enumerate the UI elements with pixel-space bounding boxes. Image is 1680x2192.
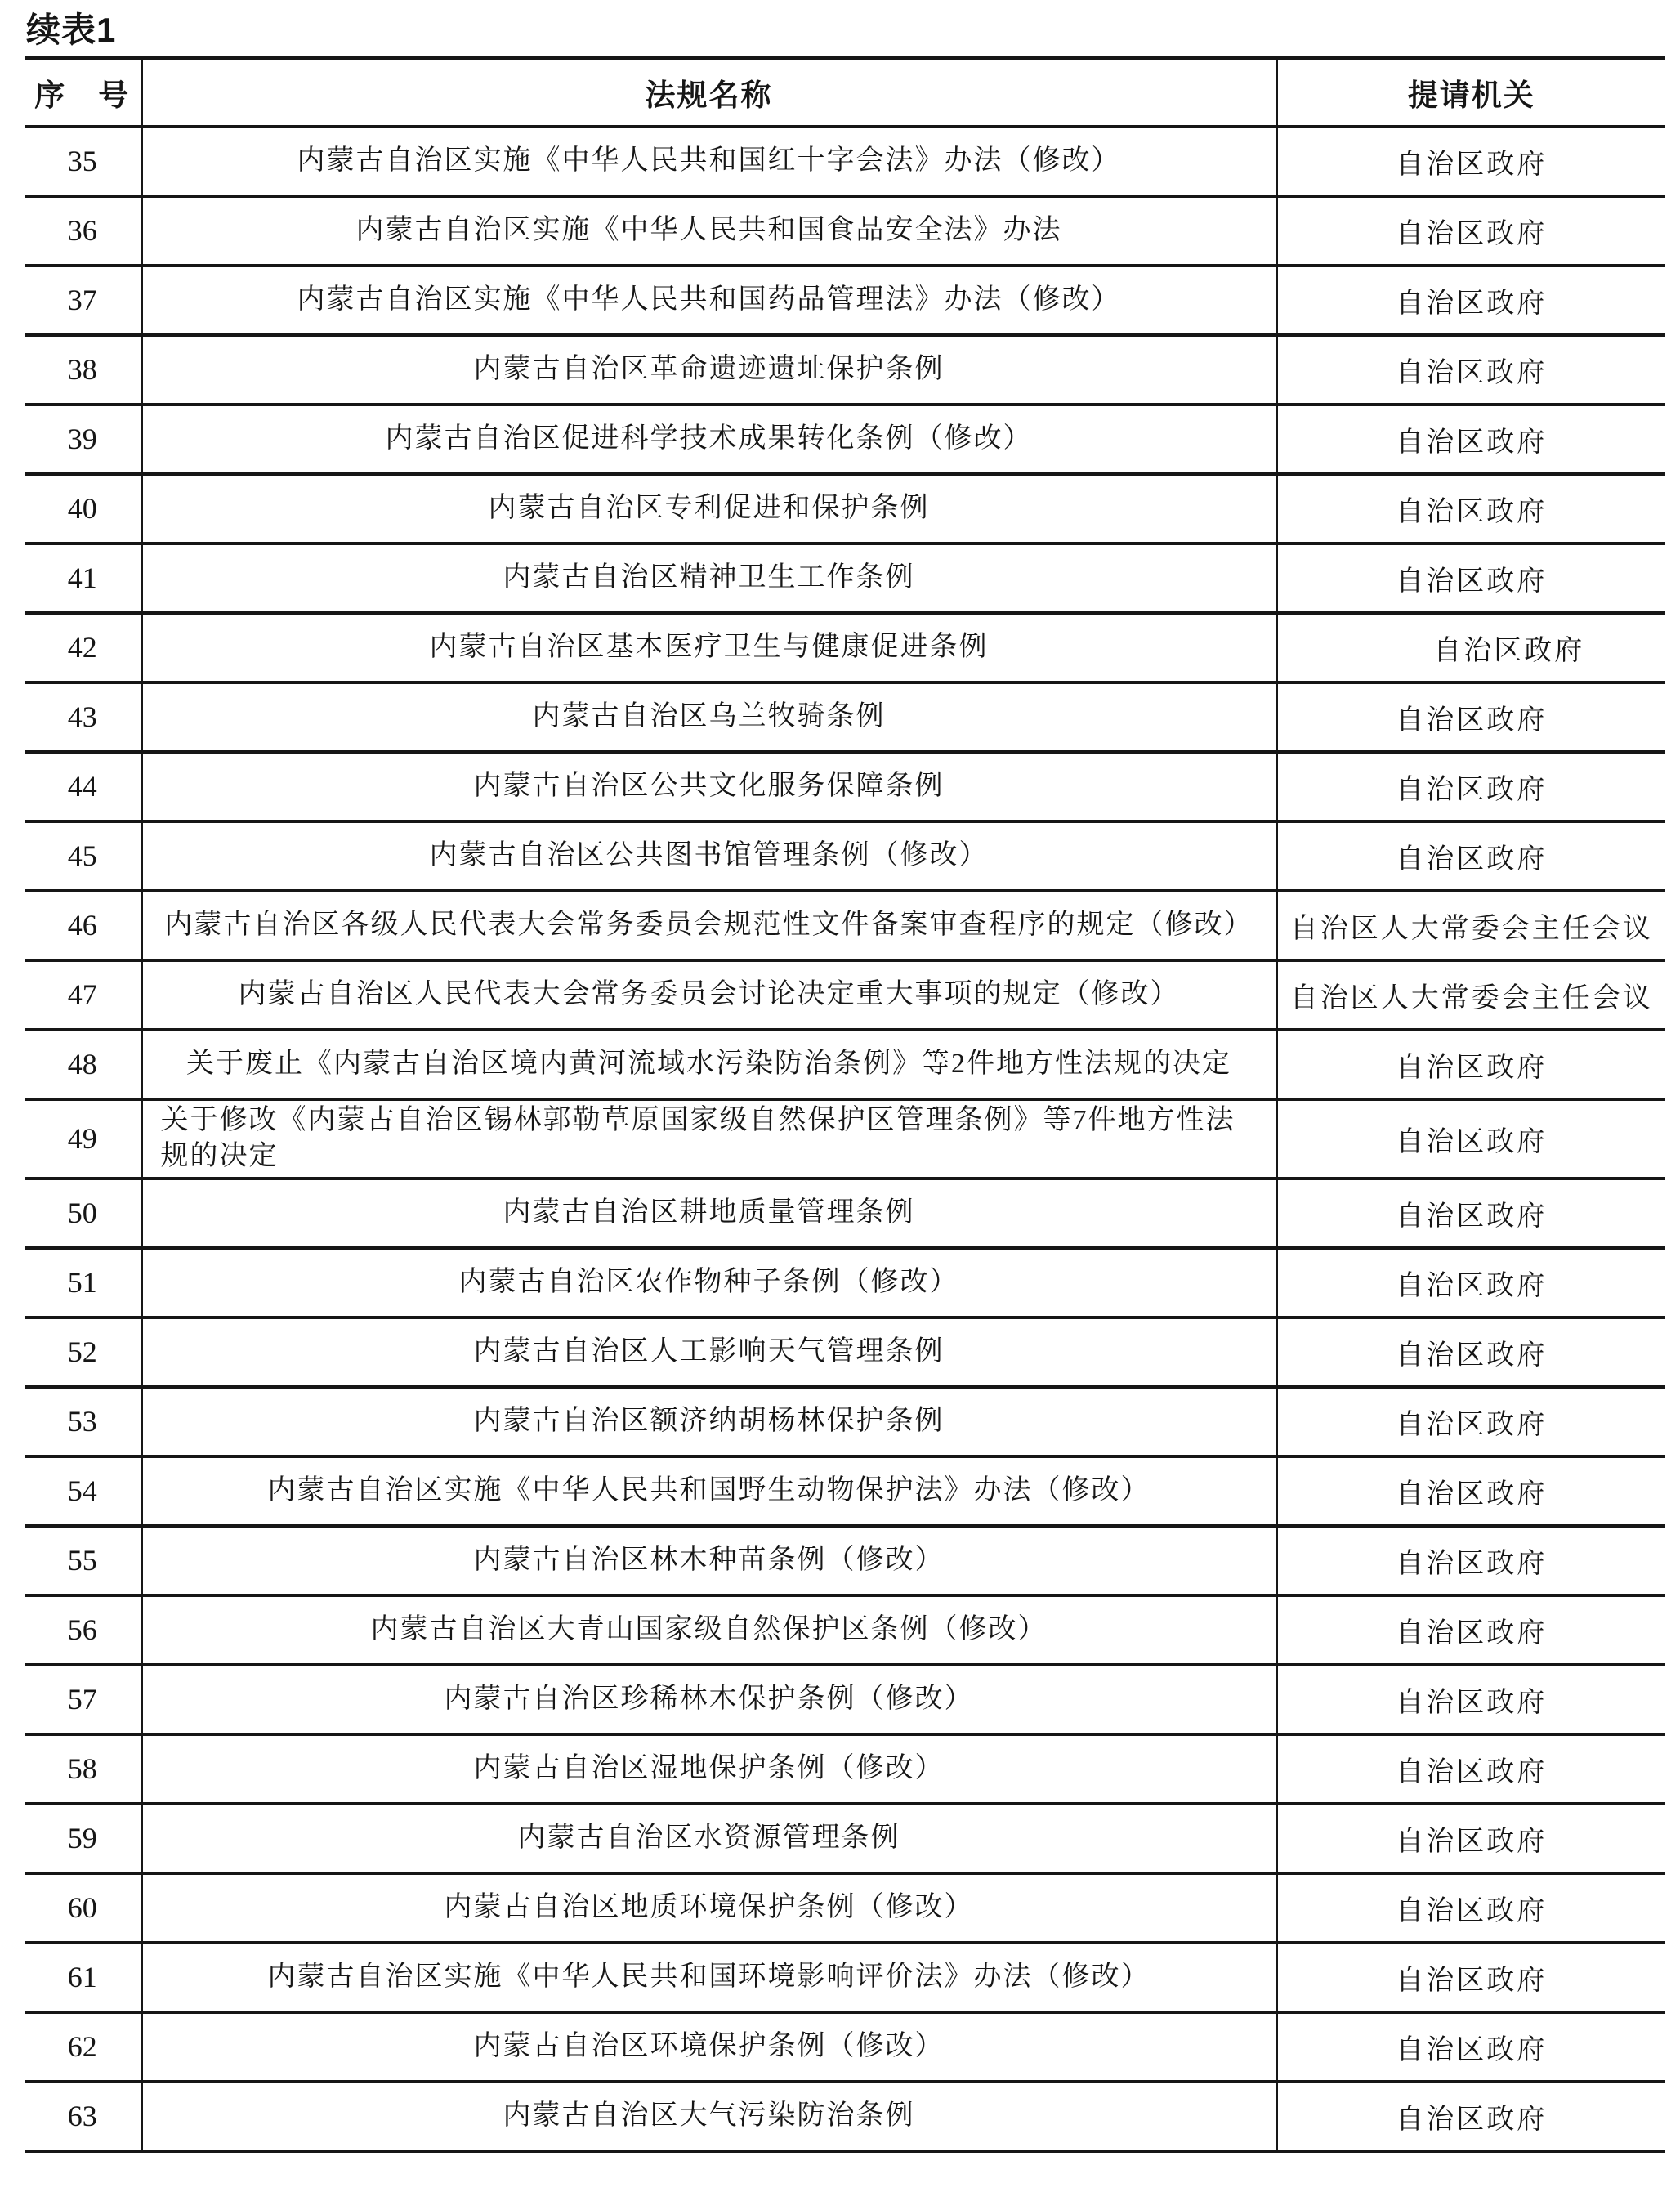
row-submitting-agency: 自治区政府 [1276, 474, 1665, 544]
row-submitting-agency: 自治区政府 [1276, 1943, 1665, 2012]
row-serial-number: 50 [25, 1179, 141, 1248]
page-title: 续表1 [26, 3, 116, 52]
row-regulation-name: 内蒙古自治区珍稀林木保护条例（修改） [141, 1665, 1276, 1734]
row-serial-number: 46 [25, 891, 141, 960]
row-submitting-agency: 自治区政府 [1276, 682, 1665, 752]
table-header: 序 号 法规名称 提请机关 [25, 58, 1665, 127]
row-serial-number: 52 [25, 1317, 141, 1387]
row-serial-number: 55 [25, 1526, 141, 1595]
row-serial-number: 48 [25, 1030, 141, 1099]
row-regulation-name: 内蒙古自治区农作物种子条例（修改） [141, 1248, 1276, 1317]
row-serial-number: 47 [25, 960, 141, 1030]
table-row: 50 内蒙古自治区耕地质量管理条例 自治区政府 [25, 1179, 1665, 1248]
table-row: 46 内蒙古自治区各级人民代表大会常务委员会规范性文件备案审查程序的规定（修改）… [25, 891, 1665, 960]
row-serial-number: 63 [25, 2082, 141, 2151]
table-row: 63 内蒙古自治区大气污染防治条例 自治区政府 [25, 2082, 1665, 2151]
row-submitting-agency: 自治区政府 [1276, 1248, 1665, 1317]
row-regulation-name: 内蒙古自治区水资源管理条例 [141, 1804, 1276, 1873]
row-serial-number: 51 [25, 1248, 141, 1317]
table-row: 51 内蒙古自治区农作物种子条例（修改） 自治区政府 [25, 1248, 1665, 1317]
row-serial-number: 58 [25, 1734, 141, 1804]
table-row: 37 内蒙古自治区实施《中华人民共和国药品管理法》办法（修改） 自治区政府 [25, 266, 1665, 335]
table-row: 49 关于修改《内蒙古自治区锡林郭勒草原国家级自然保护区管理条例》等7件地方性法… [25, 1099, 1665, 1179]
row-serial-number: 36 [25, 196, 141, 266]
row-submitting-agency: 自治区政府 [1276, 2012, 1665, 2082]
table-row: 56 内蒙古自治区大青山国家级自然保护区条例（修改） 自治区政府 [25, 1595, 1665, 1665]
table-row: 45 内蒙古自治区公共图书馆管理条例（修改） 自治区政府 [25, 821, 1665, 891]
row-serial-number: 53 [25, 1387, 141, 1456]
row-regulation-name: 内蒙古自治区实施《中华人民共和国野生动物保护法》办法（修改） [141, 1456, 1276, 1526]
row-submitting-agency: 自治区政府 [1276, 752, 1665, 821]
row-submitting-agency: 自治区政府 [1276, 1099, 1665, 1179]
row-submitting-agency: 自治区政府 [1276, 1387, 1665, 1456]
row-regulation-name: 内蒙古自治区精神卫生工作条例 [141, 544, 1276, 613]
table-row: 48 关于废止《内蒙古自治区境内黄河流域水污染防治条例》等2件地方性法规的决定 … [25, 1030, 1665, 1099]
row-regulation-name: 内蒙古自治区专利促进和保护条例 [141, 474, 1276, 544]
table-row: 60 内蒙古自治区地质环境保护条例（修改） 自治区政府 [25, 1873, 1665, 1943]
row-submitting-agency: 自治区政府 [1276, 544, 1665, 613]
header-row: 序 号 法规名称 提请机关 [25, 58, 1665, 127]
row-regulation-name: 内蒙古自治区地质环境保护条例（修改） [141, 1873, 1276, 1943]
row-regulation-name: 内蒙古自治区公共图书馆管理条例（修改） [141, 821, 1276, 891]
row-submitting-agency: 自治区政府 [1276, 1873, 1665, 1943]
row-submitting-agency: 自治区政府 [1276, 1595, 1665, 1665]
row-regulation-name: 内蒙古自治区环境保护条例（修改） [141, 2012, 1276, 2082]
table-row: 43 内蒙古自治区乌兰牧骑条例 自治区政府 [25, 682, 1665, 752]
table-row: 40 内蒙古自治区专利促进和保护条例 自治区政府 [25, 474, 1665, 544]
table-body: 35 内蒙古自治区实施《中华人民共和国红十字会法》办法（修改） 自治区政府 36… [25, 127, 1665, 2151]
row-regulation-name: 内蒙古自治区大青山国家级自然保护区条例（修改） [141, 1595, 1276, 1665]
table-row: 44 内蒙古自治区公共文化服务保障条例 自治区政府 [25, 752, 1665, 821]
row-regulation-name: 内蒙古自治区乌兰牧骑条例 [141, 682, 1276, 752]
table-row: 41 内蒙古自治区精神卫生工作条例 自治区政府 [25, 544, 1665, 613]
row-regulation-name: 内蒙古自治区湿地保护条例（修改） [141, 1734, 1276, 1804]
row-serial-number: 43 [25, 682, 141, 752]
row-serial-number: 59 [25, 1804, 141, 1873]
row-regulation-name: 内蒙古自治区实施《中华人民共和国环境影响评价法》办法（修改） [141, 1943, 1276, 2012]
row-serial-number: 60 [25, 1873, 141, 1943]
row-serial-number: 54 [25, 1456, 141, 1526]
table-row: 59 内蒙古自治区水资源管理条例 自治区政府 [25, 1804, 1665, 1873]
row-submitting-agency: 自治区政府 [1276, 266, 1665, 335]
row-submitting-agency: 自治区政府 [1276, 335, 1665, 405]
row-submitting-agency: 自治区政府 [1276, 1456, 1665, 1526]
row-regulation-name: 内蒙古自治区林木种苗条例（修改） [141, 1526, 1276, 1595]
row-submitting-agency: 自治区政府 [1276, 1030, 1665, 1099]
row-regulation-name: 内蒙古自治区耕地质量管理条例 [141, 1179, 1276, 1248]
row-submitting-agency: 自治区政府 [1276, 1526, 1665, 1595]
row-serial-number: 37 [25, 266, 141, 335]
row-serial-number: 62 [25, 2012, 141, 2082]
table-row: 53 内蒙古自治区额济纳胡杨林保护条例 自治区政府 [25, 1387, 1665, 1456]
row-serial-number: 38 [25, 335, 141, 405]
row-serial-number: 45 [25, 821, 141, 891]
table-row: 52 内蒙古自治区人工影响天气管理条例 自治区政府 [25, 1317, 1665, 1387]
document-page: { "title": "续表1", "ink_color": "#161616"… [0, 0, 1680, 2192]
row-regulation-name: 内蒙古自治区人工影响天气管理条例 [141, 1317, 1276, 1387]
row-submitting-agency: 自治区人大常委会主任会议 [1276, 891, 1665, 960]
row-serial-number: 35 [25, 127, 141, 196]
row-submitting-agency: 自治区政府 [1276, 1734, 1665, 1804]
row-serial-number: 39 [25, 405, 141, 474]
row-submitting-agency: 自治区政府 [1276, 127, 1665, 196]
row-regulation-name: 内蒙古自治区实施《中华人民共和国食品安全法》办法 [141, 196, 1276, 266]
row-regulation-name: 内蒙古自治区各级人民代表大会常务委员会规范性文件备案审查程序的规定（修改） [141, 891, 1276, 960]
row-submitting-agency: 自治区人大常委会主任会议 [1276, 960, 1665, 1030]
row-submitting-agency: 自治区政府 [1276, 196, 1665, 266]
row-submitting-agency: 自治区政府 [1276, 821, 1665, 891]
table-row: 54 内蒙古自治区实施《中华人民共和国野生动物保护法》办法（修改） 自治区政府 [25, 1456, 1665, 1526]
row-submitting-agency: 自治区政府 [1276, 1179, 1665, 1248]
row-submitting-agency: 自治区政府 [1276, 2082, 1665, 2151]
table-row: 55 内蒙古自治区林木种苗条例（修改） 自治区政府 [25, 1526, 1665, 1595]
table-row: 62 内蒙古自治区环境保护条例（修改） 自治区政府 [25, 2012, 1665, 2082]
header-submitting-agency: 提请机关 [1276, 58, 1665, 127]
row-regulation-name: 内蒙古自治区额济纳胡杨林保护条例 [141, 1387, 1276, 1456]
row-regulation-name: 关于废止《内蒙古自治区境内黄河流域水污染防治条例》等2件地方性法规的决定 [141, 1030, 1276, 1099]
row-serial-number: 41 [25, 544, 141, 613]
row-regulation-name: 关于修改《内蒙古自治区锡林郭勒草原国家级自然保护区管理条例》等7件地方性法规的决… [141, 1099, 1276, 1179]
row-serial-number: 40 [25, 474, 141, 544]
header-regulation-name: 法规名称 [141, 58, 1276, 127]
row-submitting-agency: 自治区政府 [1276, 1665, 1665, 1734]
row-submitting-agency: 自治区政府 [1276, 405, 1665, 474]
table-row: 36 内蒙古自治区实施《中华人民共和国食品安全法》办法 自治区政府 [25, 196, 1665, 266]
header-serial-number: 序 号 [25, 58, 141, 127]
row-serial-number: 49 [25, 1099, 141, 1179]
row-serial-number: 61 [25, 1943, 141, 2012]
row-submitting-agency: 自治区政府 [1276, 613, 1665, 682]
row-regulation-name: 内蒙古自治区人民代表大会常务委员会讨论决定重大事项的规定（修改） [141, 960, 1276, 1030]
table-row: 35 内蒙古自治区实施《中华人民共和国红十字会法》办法（修改） 自治区政府 [25, 127, 1665, 196]
row-regulation-name: 内蒙古自治区基本医疗卫生与健康促进条例 [141, 613, 1276, 682]
row-regulation-name: 内蒙古自治区实施《中华人民共和国药品管理法》办法（修改） [141, 266, 1276, 335]
table-row: 61 内蒙古自治区实施《中华人民共和国环境影响评价法》办法（修改） 自治区政府 [25, 1943, 1665, 2012]
row-submitting-agency: 自治区政府 [1276, 1317, 1665, 1387]
row-serial-number: 44 [25, 752, 141, 821]
table-row: 39 内蒙古自治区促进科学技术成果转化条例（修改） 自治区政府 [25, 405, 1665, 474]
row-regulation-name: 内蒙古自治区促进科学技术成果转化条例（修改） [141, 405, 1276, 474]
row-serial-number: 57 [25, 1665, 141, 1734]
table-row: 47 内蒙古自治区人民代表大会常务委员会讨论决定重大事项的规定（修改） 自治区人… [25, 960, 1665, 1030]
regulations-table: 序 号 法规名称 提请机关 35 内蒙古自治区实施《中华人民共和国红十字会法》办… [25, 56, 1665, 2153]
table-row: 38 内蒙古自治区革命遗迹遗址保护条例 自治区政府 [25, 335, 1665, 405]
row-regulation-name: 内蒙古自治区实施《中华人民共和国红十字会法》办法（修改） [141, 127, 1276, 196]
table-row: 57 内蒙古自治区珍稀林木保护条例（修改） 自治区政府 [25, 1665, 1665, 1734]
row-serial-number: 56 [25, 1595, 141, 1665]
table-row: 42 内蒙古自治区基本医疗卫生与健康促进条例 自治区政府 [25, 613, 1665, 682]
row-regulation-name: 内蒙古自治区大气污染防治条例 [141, 2082, 1276, 2151]
row-regulation-name: 内蒙古自治区公共文化服务保障条例 [141, 752, 1276, 821]
row-submitting-agency: 自治区政府 [1276, 1804, 1665, 1873]
table-row: 58 内蒙古自治区湿地保护条例（修改） 自治区政府 [25, 1734, 1665, 1804]
row-regulation-name: 内蒙古自治区革命遗迹遗址保护条例 [141, 335, 1276, 405]
row-serial-number: 42 [25, 613, 141, 682]
